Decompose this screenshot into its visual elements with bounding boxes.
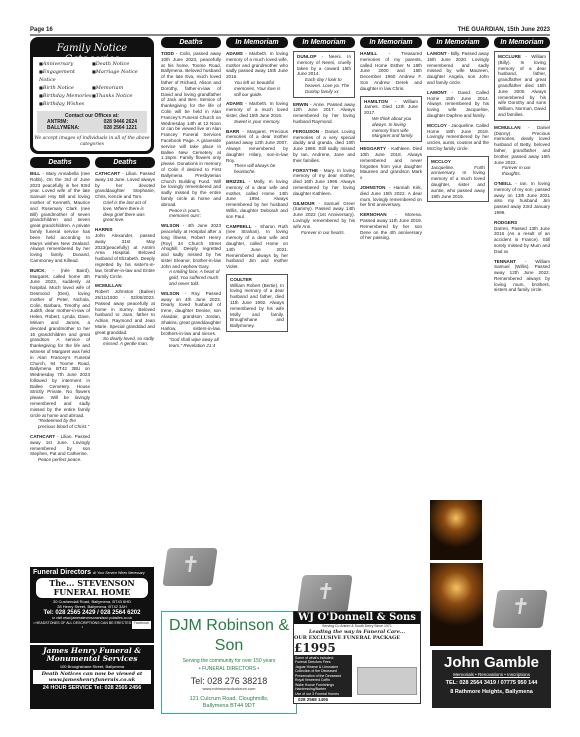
category-item: Birthday Wishes: [39, 100, 92, 108]
deaths-column-2: Deaths CATHCART - Lilian. Passed away 1s…: [95, 157, 155, 351]
notice: LAMONT - Billy. Passed away 15th June 20…: [427, 51, 489, 86]
section-heading: Deaths: [95, 157, 155, 168]
section-heading: In Memoriam: [427, 37, 489, 48]
notice: TENNANT - William Samuel (Willis). Passe…: [494, 259, 550, 294]
newspaper-page: Page 16 THE GUARDIAN, 15th June 2023 Fam…: [0, 0, 580, 737]
category-item: Birth Notice: [39, 84, 92, 92]
notice: MCCLOYJacqueline. Forth anniversary. In …: [427, 156, 489, 203]
ad-title: DJM Robinson & Son: [162, 616, 296, 656]
notice: ERWIN - Anne. Passed away 12th June 2017…: [293, 102, 355, 125]
notice: BARR - Margaret. Precious memories of a …: [226, 129, 288, 175]
notice: MCCLURE - William (Billy). In loving mem…: [494, 51, 550, 121]
ad-website: www.robinsonsofculcrum.com: [162, 686, 296, 691]
accept-images-note: We accept images of individuals in all o…: [33, 136, 151, 148]
notice: HAMILTON - William James. Died 12th June…: [360, 96, 422, 143]
notice: HEGGARTY - Kathleen. Died 10th June 2018…: [360, 146, 422, 181]
notice: GILMOUR - Samuel Greer (Sammy). Passed a…: [293, 201, 355, 236]
notice: FERGUSON - Daniel. Loving memories of a …: [293, 129, 355, 164]
page-number: Page 16: [30, 27, 53, 33]
section-heading: Deaths: [161, 37, 221, 48]
notice: TODD - Colin, passed away 10th June 2023…: [161, 51, 221, 219]
header-rule: [30, 34, 550, 36]
ad-service: • FUNERAL DIRECTORS •: [162, 666, 296, 672]
james-henry-ad: James Henry Funeral & Monumental Service…: [30, 645, 154, 709]
john-gamble-ad: John Gamble Memorials • Renovations • In…: [432, 650, 551, 708]
section-heading: In Memoriam: [360, 37, 422, 48]
section-heading: In Memoriam: [226, 37, 288, 48]
funeral-home-image: [357, 667, 417, 695]
ad-address: 8 Rathmore Heights, Ballymena: [432, 689, 551, 695]
bible-cross-image: [162, 548, 217, 586]
ad-title: James Henry Funeral & Monumental Service…: [30, 645, 154, 663]
notice: RODGERSDarren. Passed 13th June 2016 (As…: [494, 220, 550, 255]
notice: HAMILL - Treasured memories of my parent…: [360, 51, 422, 92]
ad-package: OUR EXCLUSIVE FUNERAL PACKAGE £1995: [294, 635, 420, 655]
notice: DUNLOP - Neeni. In memory of Neeni, crue…: [293, 51, 355, 98]
notice: MCMULLAN - Daniel (Danny). Precious memo…: [494, 125, 550, 177]
notice: WILSON - Roy. Passed away on 4th June 20…: [161, 291, 221, 349]
notice: LAMONT - David. Called Home 15th June 20…: [427, 90, 489, 119]
memoriam-column-2: In Memoriam DUNLOP - Neeni. In memory of…: [293, 37, 355, 239]
ad-phone: TEL: 028 2564 3419 / 07775 950 144: [432, 680, 551, 686]
category-item: Marriage Notice: [92, 68, 145, 84]
notice: KERNOHAN - Morena. Passed away 11th June…: [360, 212, 422, 241]
notice: CAMPBELL - Sharon Ruth (nee Strahan). In…: [226, 224, 288, 270]
ad-phone: Tel: 028 276 38218: [162, 676, 296, 686]
wj-odonnell-ad: WJ O'Donnell & Sons Serving Co Antrim & …: [293, 611, 421, 704]
ad-title: WJ O'Donnell & Sons: [294, 612, 420, 624]
notice: BUICK, - (née Baird), Margaret, called h…: [30, 268, 90, 430]
notice: ADAMS - Marbeth. In loving memory of a m…: [226, 101, 288, 124]
office-label: BALLYMENA:: [47, 125, 80, 131]
contact-box: Contact our Offices at: ANTRIM:028 9446 …: [37, 111, 147, 133]
section-heading: In Memoriam: [293, 37, 355, 48]
category-item: Birthday Memories: [39, 92, 92, 100]
ad-header: Funeral Directors At Your Service When N…: [30, 567, 154, 578]
notice: MCMULLANRobert Johnston (Bailee) 25/11/1…: [95, 283, 155, 347]
memoriam-column-1: In Memoriam ADAMS - Marbeth. In loving m…: [226, 37, 288, 336]
ad-name-box: The... STEVENSONFUNERAL HOME: [36, 578, 148, 598]
memoriam-column-5: In Memoriam MCCLURE - William (Billy). I…: [494, 37, 550, 297]
notice: BRIZZEL - Molly. In loving memory of a d…: [226, 179, 288, 220]
ad-phone: 028 2568 1406: [294, 697, 420, 702]
category-item: Engagement Notice: [39, 68, 92, 84]
ad-address: 100 Broughshane Street, Ballymena: [30, 664, 154, 669]
category-list: Anniversary Death Notice Engagement Noti…: [33, 57, 151, 108]
notice: MCCLOY - Jacqueline. Called Home 18th Ju…: [427, 123, 489, 152]
bible-cross-image: [492, 590, 547, 628]
ad-address: 121 Culcrum Road, Cloughmills,Ballymena …: [162, 696, 296, 710]
section-heading: In Memoriam: [494, 37, 550, 48]
ad-notice-box: Death Notices can now be viewed at www.j…: [33, 670, 151, 684]
family-notice-categories: Family Notice Categories Anniversary Dea…: [30, 37, 154, 154]
notice: HARRISJohn Alexander, passed away 31st M…: [95, 227, 155, 279]
category-item: Anniversary: [39, 60, 92, 68]
memoriam-column-4: In Memoriam LAMONT - Billy. Passed away …: [427, 37, 489, 206]
notice: O'NEILL - Ian. In loving memory of my so…: [494, 181, 550, 216]
category-item: Death Notice: [92, 60, 145, 68]
bible-cross-image: [297, 575, 352, 613]
notice: WILSON - 4th June 2023 peacefully at Hos…: [161, 223, 221, 287]
ad-title: John Gamble: [432, 654, 551, 672]
candle-image: [430, 563, 483, 646]
notice: CATHCART - Lilian. Passed away 1st June.…: [30, 434, 90, 463]
ad-address: 30 Cushendall Road, Ballymena, BT43 6HD2…: [30, 600, 154, 609]
package-list: Some of what's included:Funeral Director…: [294, 655, 352, 698]
facebook-icon: Facebook: [132, 621, 151, 629]
ad-tagline: Serving the community for over 150 years: [162, 658, 296, 664]
ad-services: Memorials • Renovations • Inscriptions: [432, 672, 551, 677]
djm-robinson-ad: DJM Robinson & Son Serving the community…: [161, 611, 297, 714]
office-phone: 028 2564 1221: [104, 125, 137, 131]
candle-lights-image: [430, 500, 482, 560]
section-heading: Deaths: [30, 157, 90, 168]
deaths-column-1: Deaths BILL - Mary Annabella (nee Robb),…: [30, 157, 90, 467]
memoriam-column-3: In Memoriam HAMILL - Treasured memories …: [360, 37, 422, 245]
stevenson-funeral-ad: Funeral Directors At Your Service When N…: [30, 567, 154, 643]
notice: ADAMS - Marbeth. In loving memory of a m…: [226, 51, 288, 97]
category-item: Memoriam: [92, 84, 145, 92]
masthead: THE GUARDIAN, 15th June 2023: [458, 27, 550, 33]
category-item: Thanks Notice: [92, 92, 145, 100]
ad-phone: 24 HOUR SERVICE Tel: 028 2565 2456: [30, 685, 154, 691]
ad-footer: • HEADSTONES OF ALL DESCRIPTIONS CAN BE …: [30, 620, 154, 630]
deaths-column-3: Deaths TODD - Colin, passed away 10th Ju…: [161, 37, 221, 353]
notice: FORSYTHE - Mary. In loving memory of my …: [293, 168, 355, 197]
notice: BILL - Mary Annabella (nee Robb), On the…: [30, 171, 90, 264]
notice: JOHNSTON - Hannah Kirk, died June 15th 2…: [360, 185, 422, 208]
notice: COULTERWilliam Robert (Bertie). In lovin…: [226, 274, 288, 332]
notice: CATHCART - Lilian. Passed away 1st June.…: [95, 171, 155, 223]
